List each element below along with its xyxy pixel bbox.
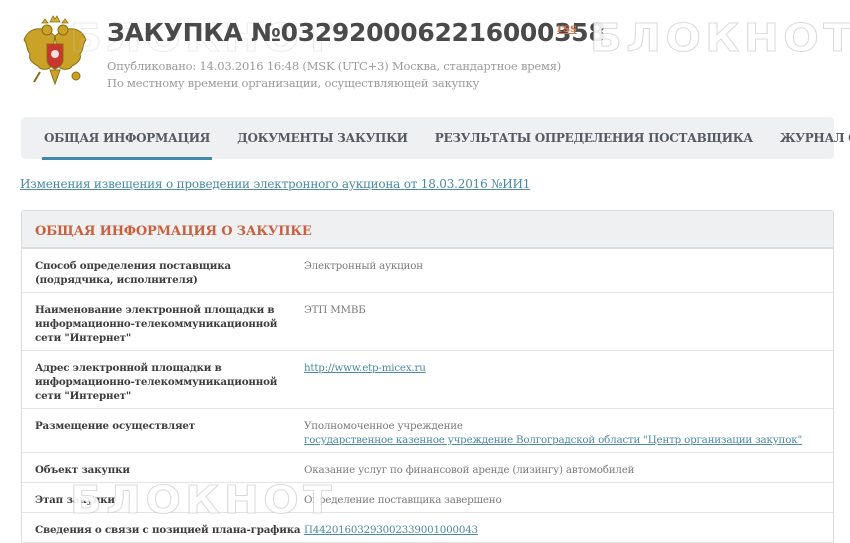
row-label: Сведения о связи с позицией плана-график… (22, 513, 304, 542)
info-row: Способ определения поставщика (подрядчик… (22, 249, 833, 293)
row-label: Способ определения поставщика (подрядчик… (22, 249, 304, 292)
tab-procurement-documents[interactable]: ДОКУМЕНТЫ ЗАКУПКИ (237, 117, 408, 159)
info-row: Адрес электронной площадки в информацион… (22, 351, 833, 409)
platform-url-link[interactable]: http://www.etp-micex.ru (304, 362, 426, 374)
published-timestamp: Опубликовано: 14.03.2016 16:48 (MSK (UTC… (107, 59, 561, 73)
tab-event-log[interactable]: ЖУРНАЛ СОБЫТИЙ (780, 117, 850, 159)
row-value: П44201603293002339001000043 (304, 513, 833, 542)
local-time-note: По местному времени организации, осущест… (107, 76, 479, 90)
notice-change-link[interactable]: Изменения извещения о проведении электро… (20, 177, 530, 191)
info-row: Размещение осуществляет Уполномоченное у… (22, 409, 833, 453)
tab-bar: ОБЩАЯ ИНФОРМАЦИЯ ДОКУМЕНТЫ ЗАКУПКИ РЕЗУЛ… (21, 117, 834, 159)
general-info-panel: ОБЩАЯ ИНФОРМАЦИЯ О ЗАКУПКЕ Способ опреде… (21, 210, 834, 543)
info-row: Объект закупки Оказание услуг по финансо… (22, 453, 833, 483)
watermark: БЛОКНОТ (590, 16, 850, 60)
info-row: Наименование электронной площадки в инфо… (22, 293, 833, 351)
info-row: Сведения о связи с позицией плана-график… (22, 513, 833, 543)
page-header: БЛОКНОТ ЗАКУПКА №0329200062216000358 rss… (0, 0, 850, 110)
organizer-type: Уполномоченное учреждение (304, 419, 833, 433)
row-value: http://www.etp-micex.ru (304, 351, 833, 408)
row-label: Объект закупки (22, 453, 304, 482)
panel-title: ОБЩАЯ ИНФОРМАЦИЯ О ЗАКУПКЕ (35, 224, 312, 239)
row-value: Оказание услуг по финансовой аренде (лиз… (304, 453, 833, 482)
organizer-link[interactable]: государственное казенное учреждение Волг… (304, 434, 802, 446)
row-label: Этап закупки (22, 483, 304, 512)
coat-of-arms-icon (20, 14, 90, 90)
row-value: Определение поставщика завершено (304, 483, 833, 512)
row-value: Электронный аукцион (304, 249, 833, 292)
tab-general-info[interactable]: ОБЩАЯ ИНФОРМАЦИЯ (44, 117, 210, 159)
tab-supplier-results[interactable]: РЕЗУЛЬТАТЫ ОПРЕДЕЛЕНИЯ ПОСТАВЩИКА (435, 117, 753, 159)
row-value: ЭТП ММВБ (304, 293, 833, 350)
row-label: Адрес электронной площадки в информацион… (22, 351, 304, 408)
plan-schedule-link[interactable]: П44201603293002339001000043 (304, 524, 478, 536)
row-label: Размещение осуществляет (22, 409, 304, 452)
row-label: Наименование электронной площадки в инфо… (22, 293, 304, 350)
row-value: Уполномоченное учреждение государственно… (304, 409, 833, 452)
rss-link[interactable]: rss (557, 21, 577, 35)
panel-header: ОБЩАЯ ИНФОРМАЦИЯ О ЗАКУПКЕ (22, 211, 833, 249)
info-row: Этап закупки Определение поставщика заве… (22, 483, 833, 513)
page-title: ЗАКУПКА №0329200062216000358 (107, 18, 605, 47)
